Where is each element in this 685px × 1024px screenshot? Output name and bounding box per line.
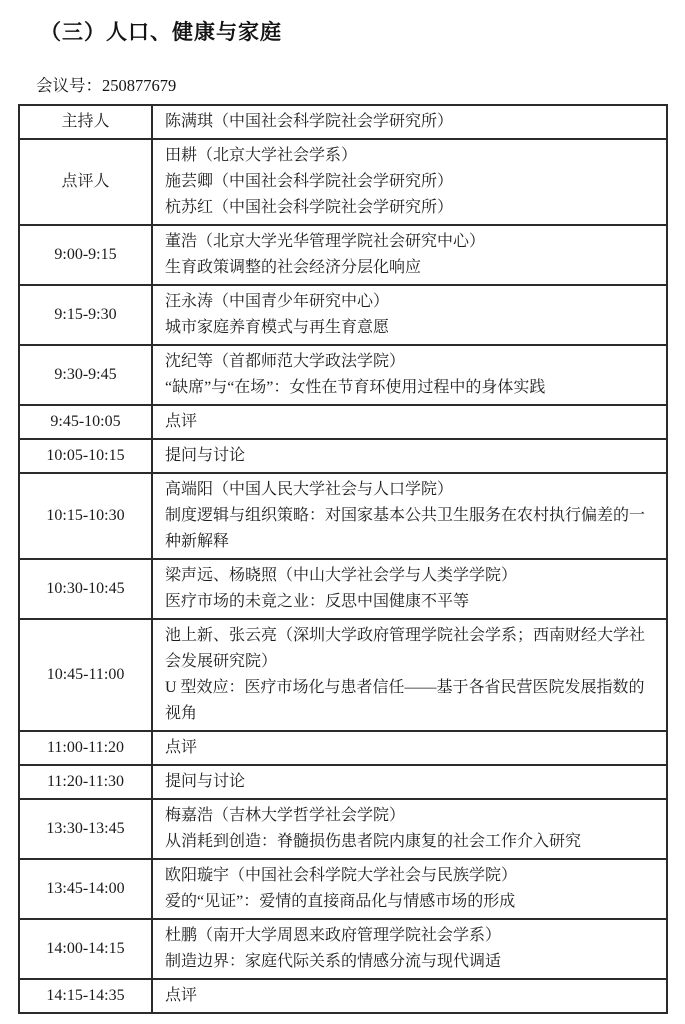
cell-line: 医疗市场的未竟之业：反思中国健康不平等 [165, 589, 652, 615]
table-row: 10:05-10:15提问与讨论 [19, 439, 667, 473]
content-cell: 提问与讨论 [152, 765, 667, 799]
cell-line: 制度逻辑与组织策略：对国家基本公共卫生服务在农村执行偏差的一种新解释 [165, 503, 652, 555]
content-cell: 点评 [152, 731, 667, 765]
cell-line: 城市家庭养育模式与再生育意愿 [165, 315, 652, 341]
time-cell: 14:15-14:35 [19, 979, 152, 1013]
meeting-id: 会议号：250877679 [0, 46, 685, 104]
cell-line: 爱的“见证”：爱情的直接商品化与情感市场的形成 [165, 889, 652, 915]
table-row: 10:15-10:30高端阳（中国人民大学社会与人口学院）制度逻辑与组织策略：对… [19, 473, 667, 559]
content-cell: 提问与讨论 [152, 439, 667, 473]
cell-line: 提问与讨论 [165, 443, 652, 469]
content-cell: 汪永涛（中国青少年研究中心）城市家庭养育模式与再生育意愿 [152, 285, 667, 345]
content-cell: 池上新、张云亮（深圳大学政府管理学院社会学系；西南财经大学社会发展研究院）U 型… [152, 619, 667, 731]
time-cell: 9:15-9:30 [19, 285, 152, 345]
time-cell: 10:45-11:00 [19, 619, 152, 731]
content-cell: 陈满琪（中国社会科学院社会学研究所） [152, 105, 667, 139]
cell-line: 董浩（北京大学光华管理学院社会研究中心） [165, 229, 652, 255]
content-cell: 欧阳璇宇（中国社会科学院大学社会与民族学院）爱的“见证”：爱情的直接商品化与情感… [152, 859, 667, 919]
cell-line: 梅嘉浩（吉林大学哲学社会学院） [165, 803, 652, 829]
table-row: 10:45-11:00池上新、张云亮（深圳大学政府管理学院社会学系；西南财经大学… [19, 619, 667, 731]
table-row: 14:00-14:15杜鹏（南开大学周恩来政府管理学院社会学系）制造边界：家庭代… [19, 919, 667, 979]
table-row: 9:00-9:15董浩（北京大学光华管理学院社会研究中心）生育政策调整的社会经济… [19, 225, 667, 285]
content-cell: 点评 [152, 979, 667, 1013]
cell-line: 制造边界：家庭代际关系的情感分流与现代调适 [165, 949, 652, 975]
time-cell: 9:45-10:05 [19, 405, 152, 439]
content-cell: 董浩（北京大学光华管理学院社会研究中心）生育政策调整的社会经济分层化响应 [152, 225, 667, 285]
cell-line: 陈满琪（中国社会科学院社会学研究所） [165, 109, 652, 135]
cell-line: 池上新、张云亮（深圳大学政府管理学院社会学系；西南财经大学社会发展研究院） [165, 623, 652, 675]
cell-line: 杭苏红（中国社会科学院社会学研究所） [165, 195, 652, 221]
cell-line: 杜鹏（南开大学周恩来政府管理学院社会学系） [165, 923, 652, 949]
content-cell: 杜鹏（南开大学周恩来政府管理学院社会学系）制造边界：家庭代际关系的情感分流与现代… [152, 919, 667, 979]
time-cell: 14:00-14:15 [19, 919, 152, 979]
table-row: 9:45-10:05点评 [19, 405, 667, 439]
table-row: 13:30-13:45梅嘉浩（吉林大学哲学社会学院）从消耗到创造：脊髓损伤患者院… [19, 799, 667, 859]
time-cell: 10:05-10:15 [19, 439, 152, 473]
time-cell: 点评人 [19, 139, 152, 225]
section-title: （三）人口、健康与家庭 [0, 0, 685, 46]
cell-line: 汪永涛（中国青少年研究中心） [165, 289, 652, 315]
cell-line: 田耕（北京大学社会学系） [165, 143, 652, 169]
time-cell: 9:00-9:15 [19, 225, 152, 285]
time-cell: 主持人 [19, 105, 152, 139]
time-cell: 13:45-14:00 [19, 859, 152, 919]
table-row: 点评人田耕（北京大学社会学系）施芸卿（中国社会科学院社会学研究所）杭苏红（中国社… [19, 139, 667, 225]
cell-line: 点评 [165, 983, 652, 1009]
table-row: 10:30-10:45梁声远、杨晓照（中山大学社会学与人类学学院）医疗市场的未竟… [19, 559, 667, 619]
table-row: 11:00-11:20点评 [19, 731, 667, 765]
time-cell: 10:15-10:30 [19, 473, 152, 559]
table-row: 11:20-11:30提问与讨论 [19, 765, 667, 799]
content-cell: 田耕（北京大学社会学系）施芸卿（中国社会科学院社会学研究所）杭苏红（中国社会科学… [152, 139, 667, 225]
schedule-table-body: 主持人陈满琪（中国社会科学院社会学研究所）点评人田耕（北京大学社会学系）施芸卿（… [19, 105, 667, 1013]
cell-line: 梁声远、杨晓照（中山大学社会学与人类学学院） [165, 563, 652, 589]
time-cell: 9:30-9:45 [19, 345, 152, 405]
time-cell: 11:00-11:20 [19, 731, 152, 765]
cell-line: U 型效应：医疗市场化与患者信任——基于各省民营医院发展指数的视角 [165, 675, 652, 727]
cell-line: 点评 [165, 409, 652, 435]
table-row: 13:45-14:00欧阳璇宇（中国社会科学院大学社会与民族学院）爱的“见证”：… [19, 859, 667, 919]
cell-line: 欧阳璇宇（中国社会科学院大学社会与民族学院） [165, 863, 652, 889]
content-cell: 梅嘉浩（吉林大学哲学社会学院）从消耗到创造：脊髓损伤患者院内康复的社会工作介入研… [152, 799, 667, 859]
table-row: 9:30-9:45沈纪等（首都师范大学政法学院）“缺席”与“在场”：女性在节育环… [19, 345, 667, 405]
content-cell: 梁声远、杨晓照（中山大学社会学与人类学学院）医疗市场的未竟之业：反思中国健康不平… [152, 559, 667, 619]
content-cell: 沈纪等（首都师范大学政法学院）“缺席”与“在场”：女性在节育环使用过程中的身体实… [152, 345, 667, 405]
cell-line: 点评 [165, 735, 652, 761]
time-cell: 13:30-13:45 [19, 799, 152, 859]
schedule-table: 主持人陈满琪（中国社会科学院社会学研究所）点评人田耕（北京大学社会学系）施芸卿（… [18, 104, 668, 1014]
table-row: 14:15-14:35点评 [19, 979, 667, 1013]
cell-line: “缺席”与“在场”：女性在节育环使用过程中的身体实践 [165, 375, 652, 401]
cell-line: 高端阳（中国人民大学社会与人口学院） [165, 477, 652, 503]
time-cell: 11:20-11:30 [19, 765, 152, 799]
document-page: （三）人口、健康与家庭 会议号：250877679 主持人陈满琪（中国社会科学院… [0, 0, 685, 1024]
cell-line: 提问与讨论 [165, 769, 652, 795]
time-cell: 10:30-10:45 [19, 559, 152, 619]
table-row: 9:15-9:30汪永涛（中国青少年研究中心）城市家庭养育模式与再生育意愿 [19, 285, 667, 345]
content-cell: 点评 [152, 405, 667, 439]
cell-line: 沈纪等（首都师范大学政法学院） [165, 349, 652, 375]
cell-line: 施芸卿（中国社会科学院社会学研究所） [165, 169, 652, 195]
table-row: 主持人陈满琪（中国社会科学院社会学研究所） [19, 105, 667, 139]
cell-line: 生育政策调整的社会经济分层化响应 [165, 255, 652, 281]
cell-line: 从消耗到创造：脊髓损伤患者院内康复的社会工作介入研究 [165, 829, 652, 855]
content-cell: 高端阳（中国人民大学社会与人口学院）制度逻辑与组织策略：对国家基本公共卫生服务在… [152, 473, 667, 559]
